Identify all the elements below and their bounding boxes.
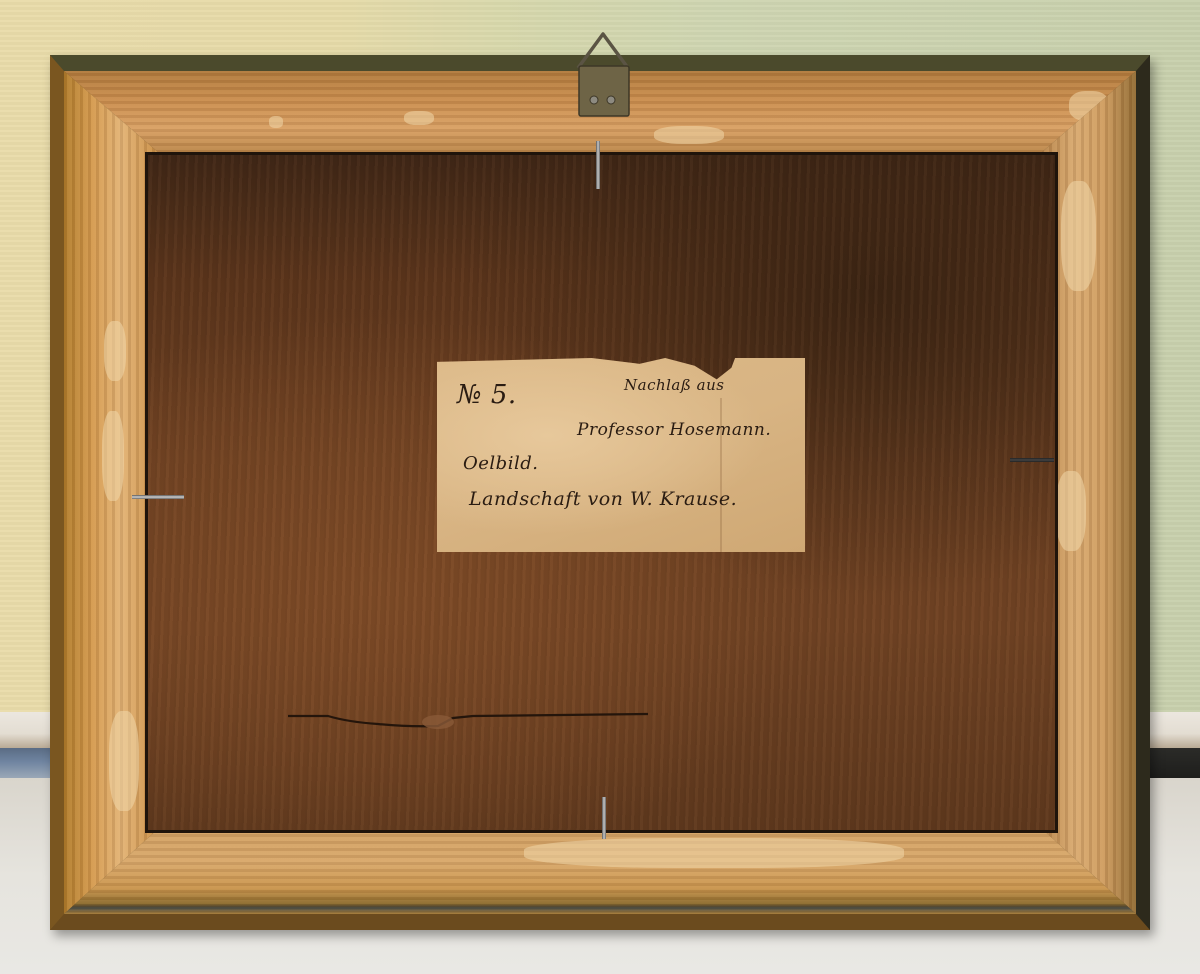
top-nail	[596, 141, 600, 189]
label-line3: Oelbild.	[463, 453, 538, 474]
left-nail	[132, 495, 184, 499]
triangle-hanger-icon	[570, 28, 636, 120]
label-line2: Professor Hosemann.	[577, 420, 771, 440]
label-line4: Landschaft von W. Krause.	[469, 488, 737, 510]
handwritten-label: № 5. Nachlaß aus Professor Hosemann. Oel…	[437, 358, 805, 552]
board-crack	[288, 710, 668, 734]
bottom-nail	[602, 797, 606, 839]
label-line1: Nachlaß aus	[624, 376, 724, 394]
right-nail	[1010, 458, 1054, 462]
shelf-shadow-right	[1150, 748, 1200, 778]
label-number: № 5.	[457, 380, 517, 410]
picture-frame: № 5. Nachlaß aus Professor Hosemann. Oel…	[50, 55, 1150, 930]
frame-rail-bottom	[64, 828, 1136, 914]
